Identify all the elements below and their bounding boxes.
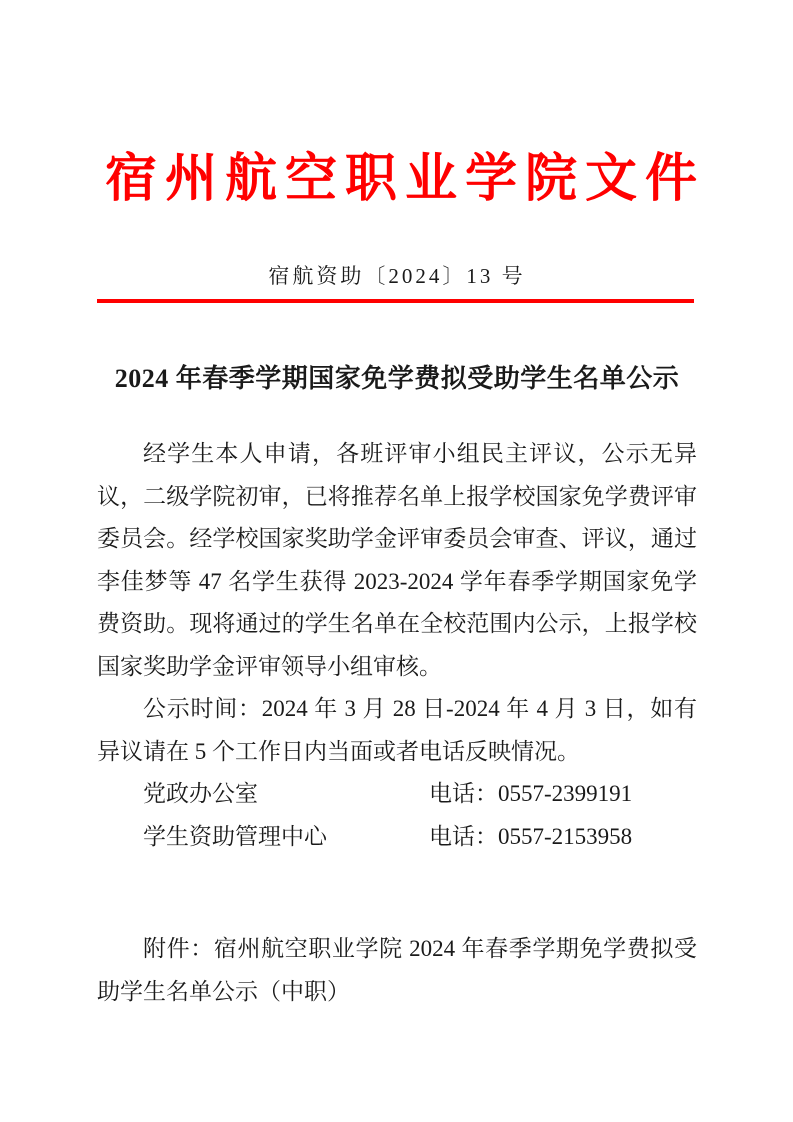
contact-row-student-aid-center: 学生资助管理中心电话：0557-2153958 [97, 816, 697, 859]
contact-row-party-office: 党政办公室电话：0557-2399191 [97, 773, 697, 816]
red-divider-rule [97, 299, 694, 303]
contact-block: 党政办公室电话：0557-2399191 学生资助管理中心电话：0557-215… [97, 773, 697, 858]
contact-phone-number: 电话：0557-2153958 [429, 816, 632, 859]
paragraph-publicity-period: 公示时间：2024 年 3 月 28 日-2024 年 4 月 3 日，如有异议… [97, 688, 697, 773]
paragraph-approval-process: 经学生本人申请，各班评审小组民主评议，公示无异议，二级学院初审，已将推荐名单上报… [97, 433, 697, 688]
document-title: 2024 年春季学期国家免学费拟受助学生名单公示 [97, 363, 697, 395]
attachment-note: 附件：宿州航空职业学院 2024 年春季学期免学费拟受助学生名单公示（中职） [97, 928, 697, 1013]
contact-dept-name: 党政办公室 [143, 773, 429, 816]
document-masthead: 宿州航空职业学院文件 [97, 150, 697, 210]
official-document-page: 宿州航空职业学院文件 宿航资助〔2024〕13 号 2024 年春季学期国家免学… [0, 0, 793, 1122]
contact-phone-number: 电话：0557-2399191 [429, 773, 632, 816]
contact-dept-name: 学生资助管理中心 [143, 816, 429, 859]
document-number: 宿航资助〔2024〕13 号 [97, 264, 697, 288]
